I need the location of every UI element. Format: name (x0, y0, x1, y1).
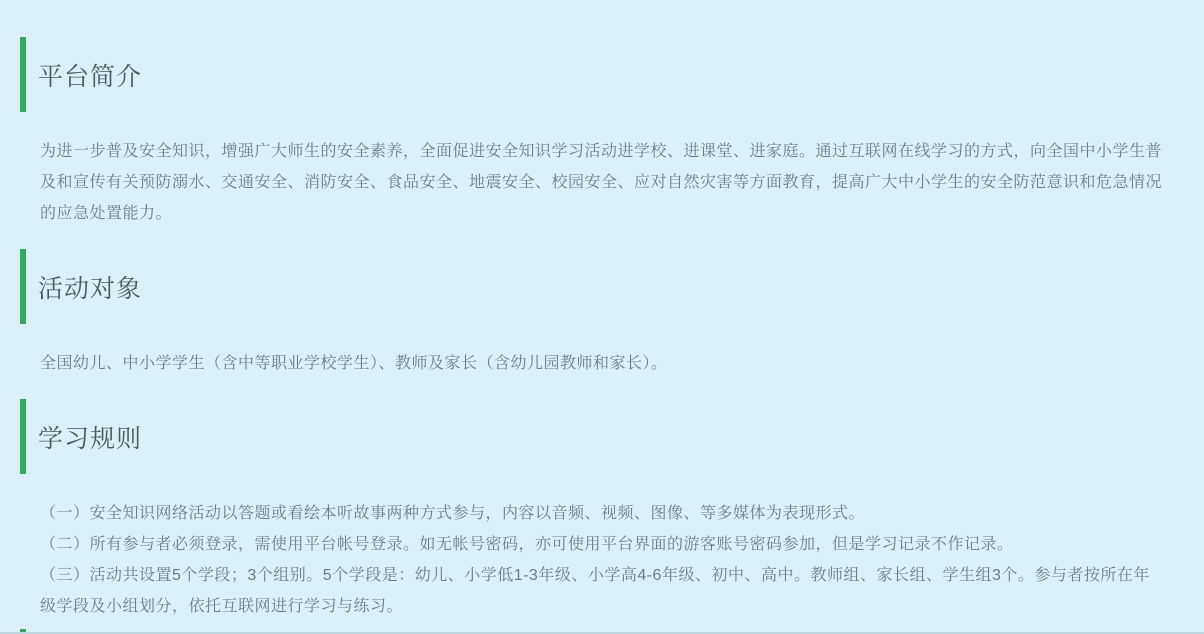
section-title: 平台简介 (38, 57, 142, 93)
section-title: 学习规则 (38, 419, 142, 455)
section-header: 活动对象 (20, 249, 1164, 324)
section-header: 学习规则 (20, 399, 1164, 474)
content-area: 平台简介 为进一步普及安全知识，增强广大师生的安全素养，全面促进安全知识学习活动… (0, 0, 1204, 622)
paragraph: （二）所有参与者必须登录，需使用平台帐号登录。如无帐号密码，亦可使用平台界面的游… (40, 529, 1164, 560)
section-body: （一）安全知识网络活动以答题或看绘本听故事两种方式参与，内容以音频、视频、图像、… (40, 498, 1164, 622)
section-title: 活动对象 (38, 269, 142, 305)
paragraph: （三）活动共设置5个学段；3个组别。5个学段是：幼儿、小学低1-3年级、小学高4… (40, 560, 1164, 622)
section-1: 平台简介 为进一步普及安全知识，增强广大师生的安全素养，全面促进安全知识学习活动… (20, 37, 1164, 229)
section-header: 平台简介 (20, 37, 1164, 112)
paragraph: 全国幼儿、中小学学生（含中等职业学校学生）、教师及家长（含幼儿园教师和家长）。 (40, 348, 1164, 379)
paragraph: 为进一步普及安全知识，增强广大师生的安全素养，全面促进安全知识学习活动进学校、进… (40, 136, 1164, 229)
section-3: 学习规则 （一）安全知识网络活动以答题或看绘本听故事两种方式参与，内容以音频、视… (20, 399, 1164, 622)
section-body: 为进一步普及安全知识，增强广大师生的安全素养，全面促进安全知识学习活动进学校、进… (40, 136, 1164, 229)
section-body: 全国幼儿、中小学学生（含中等职业学校学生）、教师及家长（含幼儿园教师和家长）。 (40, 348, 1164, 379)
section-2: 活动对象 全国幼儿、中小学学生（含中等职业学校学生）、教师及家长（含幼儿园教师和… (20, 249, 1164, 379)
paragraph: （一）安全知识网络活动以答题或看绘本听故事两种方式参与，内容以音频、视频、图像、… (40, 498, 1164, 529)
page: 平台简介 为进一步普及安全知识，增强广大师生的安全素养，全面促进安全知识学习活动… (0, 0, 1204, 634)
